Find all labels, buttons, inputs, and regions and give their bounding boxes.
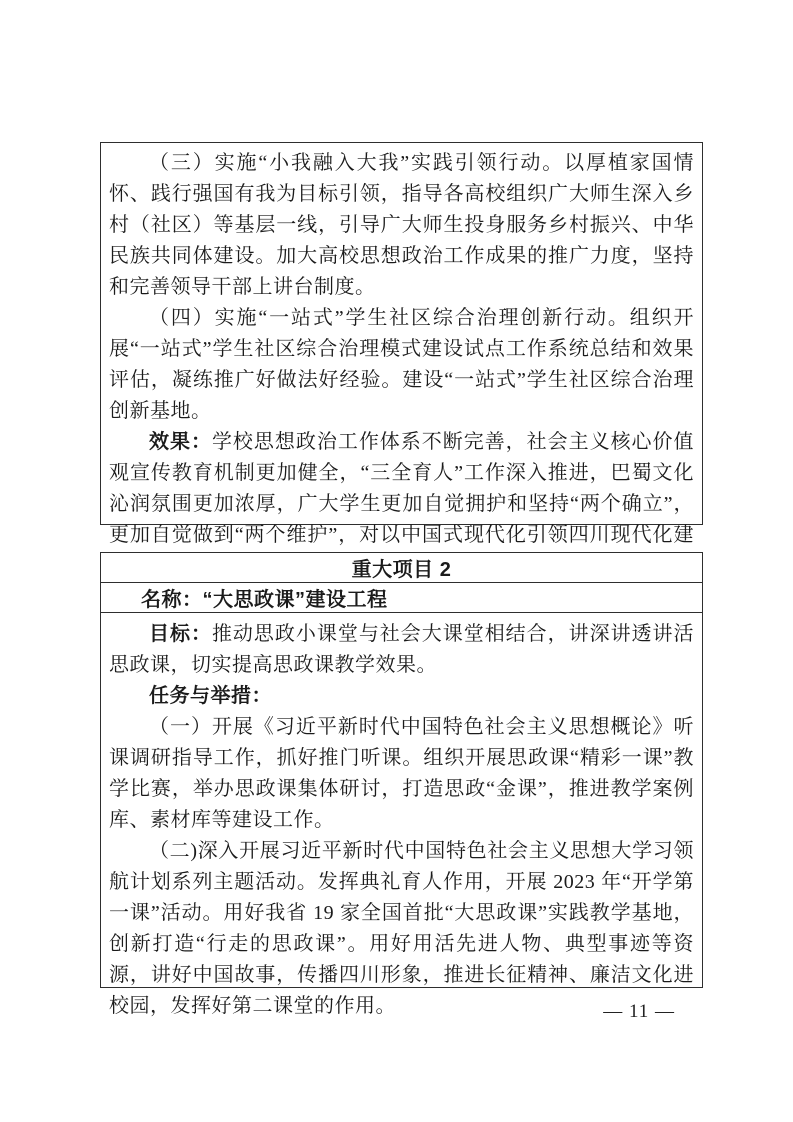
tasks-label: 任务与举措：	[149, 685, 272, 707]
major-project-table: 重大项目 2 名称：“大思政课”建设工程 目标：推动思政小课堂与社会大课堂相结合…	[100, 552, 703, 988]
project-name-row: 名称：“大思政课”建设工程	[101, 583, 702, 613]
paragraph-task-2: （二)深入开展习近平新时代中国特色社会主义思想大学习领航计划系列主题活动。发挥典…	[109, 836, 694, 1022]
paragraph-tasks-heading: 任务与举措：	[109, 681, 694, 712]
project-title-row: 重大项目 2	[101, 553, 702, 583]
page-number: — 11 —	[603, 1001, 675, 1023]
project-content-row: 目标：推动思政小课堂与社会大课堂相结合，讲深讲透讲活思政课，切实提高思政课教学效…	[101, 613, 702, 1022]
paragraph-task-1: （一）开展《习近平新时代中国特色社会主义思想概论》听课调研指导工作，抓好推门听课…	[109, 712, 694, 836]
paragraph-item-3: （三）实施“小我融入大我”实践引领行动。以厚植家国情怀、践行强国有我为目标引领，…	[109, 148, 694, 303]
paragraph-text: （二)深入开展习近平新时代中国特色社会主义思想大学习领航计划系列主题活动。发挥典…	[109, 840, 694, 1017]
paragraph-text: （四）实施“一站式”学生社区综合治理创新行动。组织开展“一站式”学生社区综合治理…	[109, 307, 694, 422]
paragraph-item-4: （四）实施“一站式”学生社区综合治理创新行动。组织开展“一站式”学生社区综合治理…	[109, 303, 694, 427]
effects-label: 效果：	[149, 431, 212, 453]
paragraph-text: （三）实施“小我融入大我”实践引领行动。以厚植家国情怀、践行强国有我为目标引领，…	[109, 152, 694, 298]
section-action-and-effects: （三）实施“小我融入大我”实践引领行动。以厚植家国情怀、践行强国有我为目标引领，…	[100, 142, 703, 525]
project-title: 重大项目 2	[352, 553, 452, 582]
project-name: 名称：“大思政课”建设工程	[109, 583, 694, 612]
goal-label: 目标：	[149, 623, 212, 645]
paragraph-goal: 目标：推动思政小课堂与社会大课堂相结合，讲深讲透讲活思政课，切实提高思政课教学效…	[109, 619, 694, 681]
paragraph-text: （一）开展《习近平新时代中国特色社会主义思想概论》听课调研指导工作，抓好推门听课…	[109, 716, 694, 831]
document-page: （三）实施“小我融入大我”实践引领行动。以厚植家国情怀、践行强国有我为目标引领，…	[0, 0, 793, 1122]
